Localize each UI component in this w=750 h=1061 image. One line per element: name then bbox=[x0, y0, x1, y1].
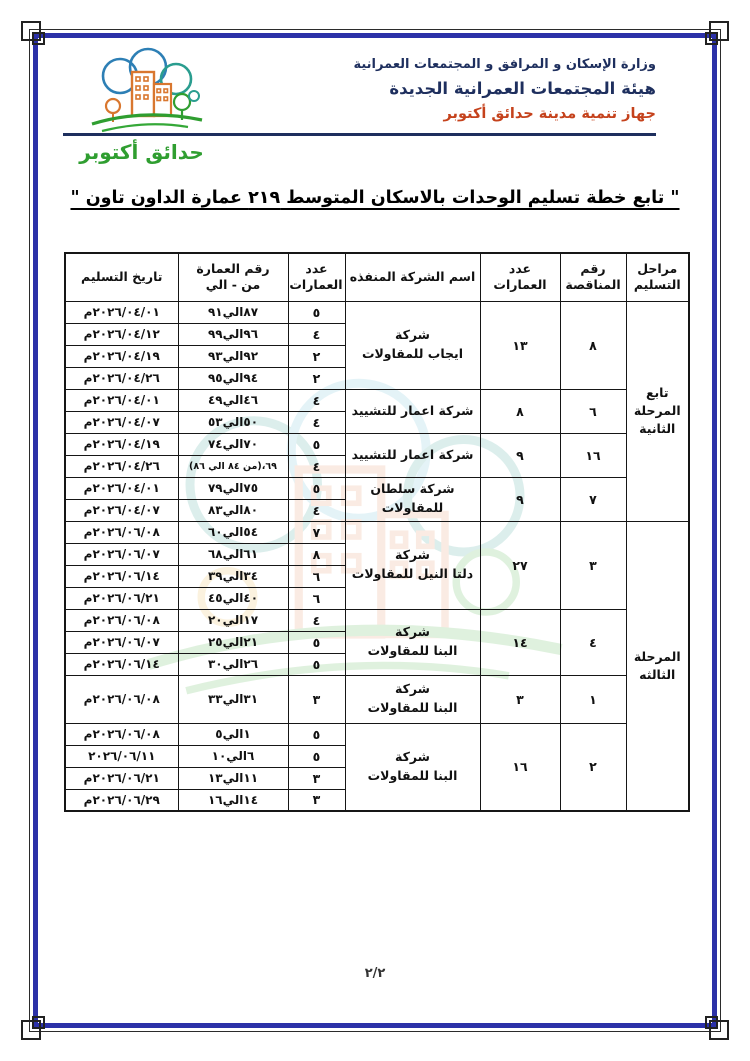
delivery-date-cell: ٢٠٢٦/٠٤/٠١م bbox=[65, 389, 178, 411]
buildings-count-cell: ٣ bbox=[288, 675, 345, 723]
corner-ornament bbox=[32, 32, 45, 45]
company-cell: شركة سلطان للمقاولات bbox=[345, 477, 480, 521]
buildings-total-cell: ١٣ bbox=[480, 301, 560, 389]
authority-name: هيئة المجتمعات العمرانية الجديدة bbox=[353, 76, 656, 102]
delivery-date-cell: ٢٠٢٦/٠٦/٢١م bbox=[65, 767, 178, 789]
header-delivery-date: تاريخ التسليم bbox=[65, 253, 178, 301]
buildings-count-cell: ٥ bbox=[288, 723, 345, 745]
delivery-date-cell: ٢٠٢٦/٠٦/٠٧م bbox=[65, 543, 178, 565]
corner-ornament bbox=[705, 1016, 718, 1029]
stage-cell: تابع المرحلة الثانية bbox=[626, 301, 689, 521]
company-cell: شركة البنا للمقاولات bbox=[345, 675, 480, 723]
buildings-count-cell: ٤ bbox=[288, 609, 345, 631]
letterhead-org-block: وزارة الإسكان و المرافق و المجتمعات العم… bbox=[353, 54, 656, 126]
building-range-cell: ٧٥الي٧٩ bbox=[178, 477, 288, 499]
corner-ornament bbox=[21, 1020, 41, 1040]
tender-number-cell: ٢ bbox=[560, 723, 626, 811]
building-range-cell: ٩٢الي٩٣ bbox=[178, 345, 288, 367]
delivery-date-cell: ٢٠٢٦/٠٤/١٩م bbox=[65, 345, 178, 367]
buildings-count-cell: ٥ bbox=[288, 477, 345, 499]
header-company-name: اسم الشركة المنفذه bbox=[345, 253, 480, 301]
corner-ornament bbox=[709, 1020, 729, 1040]
building-range-cell: ٥٠الي٥٣ bbox=[178, 411, 288, 433]
tender-number-cell: ١ bbox=[560, 675, 626, 723]
table-row: ١٣شركة البنا للمقاولات٣٣١الي٣٣٢٠٢٦/٠٦/٠٨… bbox=[65, 675, 689, 723]
table-row: ٤١٤شركة البنا للمقاولات٤١٧الي٢٠٢٠٢٦/٠٦/٠… bbox=[65, 609, 689, 631]
tender-number-cell: ١٦ bbox=[560, 433, 626, 477]
building-range-cell: ٦الي١٠ bbox=[178, 745, 288, 767]
buildings-count-cell: ٤ bbox=[288, 411, 345, 433]
buildings-count-cell: ٦ bbox=[288, 587, 345, 609]
delivery-date-cell: ٢٠٢٦/٠٦/٠٧م bbox=[65, 631, 178, 653]
buildings-count-cell: ٢ bbox=[288, 345, 345, 367]
header-delivery-stages: مراحل التسليم bbox=[626, 253, 689, 301]
building-range-cell: ١١الي١٣ bbox=[178, 767, 288, 789]
document-page: وزارة الإسكان و المرافق و المجتمعات العم… bbox=[0, 0, 750, 1061]
company-cell: شركة ايجاب للمقاولات bbox=[345, 301, 480, 389]
delivery-date-cell: ٢٠٢٦/٠٦/٢٩م bbox=[65, 789, 178, 811]
buildings-count-cell: ٤ bbox=[288, 499, 345, 521]
company-cell: شركة البنا للمقاولات bbox=[345, 609, 480, 675]
company-cell: شركة اعمار للتشييد bbox=[345, 433, 480, 477]
letterhead-divider bbox=[63, 133, 656, 136]
delivery-date-cell: ٢٠٢٦/٠٦/١٤م bbox=[65, 653, 178, 675]
buildings-count-cell: ٤ bbox=[288, 323, 345, 345]
delivery-date-cell: ٢٠٢٦/٠٤/٠٧م bbox=[65, 411, 178, 433]
building-range-cell: ٣١الي٣٣ bbox=[178, 675, 288, 723]
delivery-date-cell: ٢٠٢٦/٠٤/٠٧م bbox=[65, 499, 178, 521]
building-range-cell: ١٤الي١٦ bbox=[178, 789, 288, 811]
tender-number-cell: ٤ bbox=[560, 609, 626, 675]
delivery-date-cell: ٢٠٢٦/٠٤/٢٦م bbox=[65, 455, 178, 477]
buildings-count-cell: ٥ bbox=[288, 653, 345, 675]
page-number: ٢/٢ bbox=[0, 966, 750, 981]
building-range-cell: ٢٦الي٣٠ bbox=[178, 653, 288, 675]
tender-number-cell: ٨ bbox=[560, 301, 626, 389]
delivery-date-cell: ٢٠٢٦/٠٦/١١ bbox=[65, 745, 178, 767]
corner-ornament bbox=[32, 1016, 45, 1029]
table-body: تابع المرحلة الثانية٨١٣شركة ايجاب للمقاو… bbox=[65, 301, 689, 811]
buildings-total-cell: ٩ bbox=[480, 477, 560, 521]
buildings-count-cell: ٢ bbox=[288, 367, 345, 389]
agency-name: جهاز تنمية مدينة حدائق أكتوبر bbox=[353, 102, 656, 126]
buildings-count-cell: ٨ bbox=[288, 543, 345, 565]
buildings-count-cell: ٥ bbox=[288, 631, 345, 653]
delivery-date-cell: ٢٠٢٦/٠٦/١٤م bbox=[65, 565, 178, 587]
buildings-total-cell: ٩ bbox=[480, 433, 560, 477]
document-title: " تابع خطة تسليم الوحدات بالاسكان المتوس… bbox=[60, 188, 690, 208]
company-cell: شركة اعمار للتشييد bbox=[345, 389, 480, 433]
table-row: تابع المرحلة الثانية٨١٣شركة ايجاب للمقاو… bbox=[65, 301, 689, 323]
building-range-cell: ٤٦الي٤٩ bbox=[178, 389, 288, 411]
delivery-date-cell: ٢٠٢٦/٠٤/١٩م bbox=[65, 433, 178, 455]
buildings-total-cell: ٨ bbox=[480, 389, 560, 433]
delivery-date-cell: ٢٠٢٦/٠٦/٠٨م bbox=[65, 675, 178, 723]
delivery-date-cell: ٢٠٢٦/٠٤/٠١م bbox=[65, 477, 178, 499]
buildings-count-cell: ٤ bbox=[288, 389, 345, 411]
tender-number-cell: ٧ bbox=[560, 477, 626, 521]
delivery-table: مراحل التسليم رقم المناقصة عدد العمارات … bbox=[64, 252, 690, 812]
header-buildings-total: عدد العمارات bbox=[480, 253, 560, 301]
buildings-count-cell: ٥ bbox=[288, 301, 345, 323]
buildings-total-cell: ١٤ bbox=[480, 609, 560, 675]
building-range-cell: ٤٠الي٤٥ bbox=[178, 587, 288, 609]
building-range-cell: ٢١الي٢٥ bbox=[178, 631, 288, 653]
header-buildings-count: عدد العمارات bbox=[288, 253, 345, 301]
table-row: المرحلة الثالثه٣٢٧شركة دلتا النيل للمقاو… bbox=[65, 521, 689, 543]
delivery-date-cell: ٢٠٢٦/٠٤/٠١م bbox=[65, 301, 178, 323]
table-header-row: مراحل التسليم رقم المناقصة عدد العمارات … bbox=[65, 253, 689, 301]
logo-caption: حدائق أكتوبر bbox=[64, 140, 219, 164]
buildings-count-cell: ٥ bbox=[288, 433, 345, 455]
building-range-cell: ٨٧الي٩١ bbox=[178, 301, 288, 323]
delivery-date-cell: ٢٠٢٦/٠٦/٠٨م bbox=[65, 609, 178, 631]
building-range-cell: ٣٤الي٣٩ bbox=[178, 565, 288, 587]
building-range-cell: ٨٠الي٨٣ bbox=[178, 499, 288, 521]
stage-cell: المرحلة الثالثه bbox=[626, 521, 689, 811]
table-row: ١٦٩شركة اعمار للتشييد٥٧٠الي٧٤٢٠٢٦/٠٤/١٩م bbox=[65, 433, 689, 455]
hadayek-october-city-logo-icon bbox=[86, 46, 208, 134]
buildings-count-cell: ٤ bbox=[288, 455, 345, 477]
corner-ornament bbox=[21, 21, 41, 41]
header-tender-number: رقم المناقصة bbox=[560, 253, 626, 301]
delivery-date-cell: ٢٠٢٦/٠٤/٢٦م bbox=[65, 367, 178, 389]
building-range-cell: ٦٩،(من ٨٤ الي ٨٦) bbox=[178, 455, 288, 477]
company-cell: شركة البنا للمقاولات bbox=[345, 723, 480, 811]
header-building-range: رقم العمارة من - الي bbox=[178, 253, 288, 301]
buildings-total-cell: ٣ bbox=[480, 675, 560, 723]
buildings-count-cell: ٣ bbox=[288, 767, 345, 789]
table-row: ٧٩شركة سلطان للمقاولات٥٧٥الي٧٩٢٠٢٦/٠٤/٠١… bbox=[65, 477, 689, 499]
table-row: ٦٨شركة اعمار للتشييد٤٤٦الي٤٩٢٠٢٦/٠٤/٠١م bbox=[65, 389, 689, 411]
corner-ornament bbox=[709, 21, 729, 41]
buildings-count-cell: ٥ bbox=[288, 745, 345, 767]
delivery-date-cell: ٢٠٢٦/٠٤/١٢م bbox=[65, 323, 178, 345]
building-range-cell: ٦١الي٦٨ bbox=[178, 543, 288, 565]
building-range-cell: ٧٠الي٧٤ bbox=[178, 433, 288, 455]
buildings-count-cell: ٣ bbox=[288, 789, 345, 811]
delivery-date-cell: ٢٠٢٦/٠٦/٠٨م bbox=[65, 723, 178, 745]
delivery-date-cell: ٢٠٢٦/٠٦/٢١م bbox=[65, 587, 178, 609]
building-range-cell: ٩٦الي٩٩ bbox=[178, 323, 288, 345]
tender-number-cell: ٦ bbox=[560, 389, 626, 433]
delivery-date-cell: ٢٠٢٦/٠٦/٠٨م bbox=[65, 521, 178, 543]
buildings-count-cell: ٦ bbox=[288, 565, 345, 587]
building-range-cell: ٥٤الي٦٠ bbox=[178, 521, 288, 543]
tender-number-cell: ٣ bbox=[560, 521, 626, 609]
corner-ornament bbox=[705, 32, 718, 45]
table-row: ٢١٦شركة البنا للمقاولات٥١الي٥٢٠٢٦/٠٦/٠٨م bbox=[65, 723, 689, 745]
building-range-cell: ١الي٥ bbox=[178, 723, 288, 745]
buildings-total-cell: ٢٧ bbox=[480, 521, 560, 609]
buildings-count-cell: ٧ bbox=[288, 521, 345, 543]
buildings-total-cell: ١٦ bbox=[480, 723, 560, 811]
building-range-cell: ٩٤الي٩٥ bbox=[178, 367, 288, 389]
company-cell: شركة دلتا النيل للمقاولات bbox=[345, 521, 480, 609]
ministry-name: وزارة الإسكان و المرافق و المجتمعات العم… bbox=[353, 54, 656, 76]
building-range-cell: ١٧الي٢٠ bbox=[178, 609, 288, 631]
